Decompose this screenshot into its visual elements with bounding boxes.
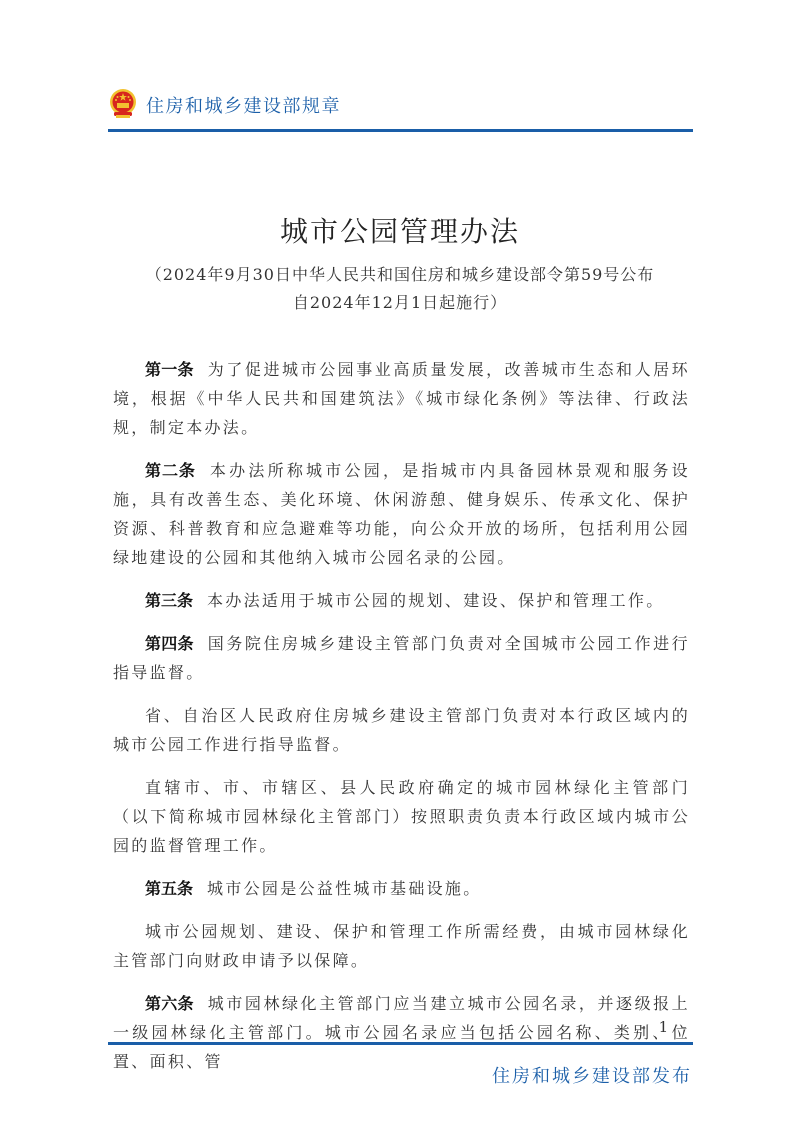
paragraph-text: 省、自治区人民政府住房城乡建设主管部门负责对本行政区域内的城市公园工作进行指导监… (113, 706, 690, 754)
footer-divider (108, 1042, 693, 1045)
article-label: 第五条 (145, 879, 193, 898)
paragraph-article-5: 第五条城市公园是公益性城市基础设施。 (113, 874, 690, 903)
national-emblem-icon (108, 88, 138, 120)
paragraph-article-1: 第一条为了促进城市公园事业高质量发展，改善城市生态和人居环境，根据《中华人民共和… (113, 355, 690, 442)
header-divider (108, 129, 693, 132)
paragraph-article-4-clause-3: 直辖市、市、市辖区、县人民政府确定的城市园林绿化主管部门（以下简称城市园林绿化主… (113, 773, 690, 860)
paragraph-article-5-clause-2: 城市公园规划、建设、保护和管理工作所需经费，由城市园林绿化主管部门向财政申请予以… (113, 917, 690, 975)
article-label: 第二条 (145, 461, 196, 480)
paragraph-text: 直辖市、市、市辖区、县人民政府确定的城市园林绿化主管部门（以下简称城市园林绿化主… (113, 778, 690, 855)
paragraph-article-4-clause-2: 省、自治区人民政府住房城乡建设主管部门负责对本行政区域内的城市公园工作进行指导监… (113, 701, 690, 759)
paragraph-article-4: 第四条国务院住房城乡建设主管部门负责对全国城市公园工作进行指导监督。 (113, 629, 690, 687)
header-title: 住房和城乡建设部规章 (146, 92, 341, 118)
article-label: 第三条 (145, 591, 193, 610)
document-subtitle-line2: 自2024年12月1日起施行） (0, 290, 800, 313)
page-header: 住房和城乡建设部规章 (108, 88, 693, 124)
paragraph-text: 本办法所称城市公园，是指城市内具备园林景观和服务设施，具有改善生态、美化环境、休… (113, 461, 690, 567)
paragraph-article-3: 第三条本办法适用于城市公园的规划、建设、保护和管理工作。 (113, 586, 690, 615)
footer-publisher: 住房和城乡建设部发布 (492, 1062, 692, 1088)
paragraph-text: 本办法适用于城市公园的规划、建设、保护和管理工作。 (207, 591, 665, 610)
paragraph-text: 城市园林绿化主管部门应当建立城市公园名录，并逐级报上一级园林绿化主管部门。城市公… (113, 994, 690, 1071)
paragraph-text: 国务院住房城乡建设主管部门负责对全国城市公园工作进行指导监督。 (113, 634, 690, 682)
article-label: 第一条 (145, 360, 194, 379)
document-body: 第一条为了促进城市公园事业高质量发展，改善城市生态和人居环境，根据《中华人民共和… (113, 355, 690, 1090)
paragraph-article-2: 第二条本办法所称城市公园，是指城市内具备园林景观和服务设施，具有改善生态、美化环… (113, 456, 690, 572)
paragraph-text: 城市公园是公益性城市基础设施。 (207, 879, 482, 898)
article-label: 第四条 (145, 634, 194, 653)
paragraph-text: 为了促进城市公园事业高质量发展，改善城市生态和人居环境，根据《中华人民共和国建筑… (113, 360, 690, 437)
document-title: 城市公园管理办法 (0, 210, 800, 250)
page-number: - 1 - (641, 1018, 690, 1036)
article-label: 第六条 (145, 994, 194, 1013)
paragraph-text: 城市公园规划、建设、保护和管理工作所需经费，由城市园林绿化主管部门向财政申请予以… (113, 922, 690, 970)
document-subtitle-line1: （2024年9月30日中华人民共和国住房和城乡建设部令第59号公布 (0, 262, 800, 285)
